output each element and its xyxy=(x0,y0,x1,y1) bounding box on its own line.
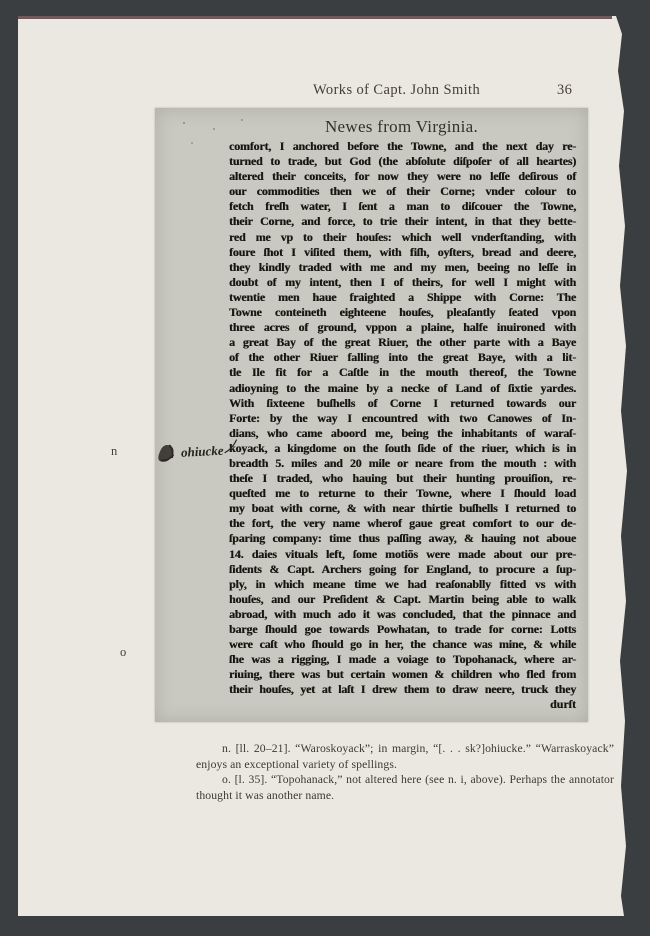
facsimile-text-line: dians, who came aboord me, being the inh… xyxy=(229,426,576,441)
footnotes: n. [ll. 20–21]. “Waroskoyack”; in margin… xyxy=(196,741,614,803)
facsimile-text-line: ſhe was a rigging, I made a voiage to To… xyxy=(229,652,576,667)
facsimile-text-line: koyack, a kingdome on the ſouth ſide of … xyxy=(229,441,576,456)
facsimile-text-line: barge ſhould goe towards Powhatan, to tr… xyxy=(229,622,576,637)
margin-marker-o: o xyxy=(120,645,126,660)
facsimile-text-line: theſe I traded, who hauing but their hun… xyxy=(229,471,576,486)
facsimile-text-line: altered their conceits, for now they wer… xyxy=(229,169,576,184)
facsimile-text-line: tle Ile fit for a Caſtle in the mouth th… xyxy=(229,365,576,380)
facsimile-text-line: of the other Riuer falling into the grea… xyxy=(229,350,576,365)
footnote-text: [ll. 20–21]. “Waroskoyack”; in margin, “… xyxy=(196,742,614,771)
facsimile-body-text: comfort, I anchored before the Towne, an… xyxy=(229,139,576,697)
facsimile-text-line: our commodities then we of their Corne; … xyxy=(229,184,576,199)
page-number: 36 xyxy=(557,82,572,99)
facsimile-text-line: their houſes, yet at laſt I drew them to… xyxy=(229,682,576,697)
facsimile-text-line: their Corne, and force, to trie their in… xyxy=(229,214,576,229)
facsimile-text-line: turned to trade, but God (the abſolute d… xyxy=(229,154,576,169)
facsimile-text-line: they kindly traded with me and my men, b… xyxy=(229,260,576,275)
running-title: Works of Capt. John Smith xyxy=(313,82,480,99)
facsimile-text-line: Towne conteineth eighteene houſes, pleaſ… xyxy=(229,305,576,320)
facsimile-text-line: ſparing company: time thus paſſing away,… xyxy=(229,531,576,546)
facsimile-text-line: ply, in which meane time we had reaſonab… xyxy=(229,577,576,592)
facsimile-text-line: breadth 5. miles and 20 mile or neare fr… xyxy=(229,456,576,471)
footnote: o. [l. 35]. “Topohanack,” not altered he… xyxy=(196,772,614,803)
facsimile-text-line: my boat with corne, & with near thirtie … xyxy=(229,501,576,516)
facsimile-text-line: ſidents & Capt. Archers going for Englan… xyxy=(229,562,576,577)
facsimile-text-line: the fort, the very name wherof gaue grea… xyxy=(229,516,576,531)
footnote-marker: n. xyxy=(222,742,231,755)
facsimile-text-line: fetch freſh water, I ſent a man to diſco… xyxy=(229,199,576,214)
page-top-edge xyxy=(18,16,612,19)
facsimile-text-line: abroad, with much ado it was concluded, … xyxy=(229,607,576,622)
facsimile-text-line: Forte: by the way I encountred with two … xyxy=(229,411,576,426)
facsimile-text-line: 14. daies vituals left, ſome motiõs were… xyxy=(229,547,576,562)
facsimile-text-line: houſes, and our Preſident & Capt. Martin… xyxy=(229,592,576,607)
facsimile-text-line: a great Bay of the great Riuer, the othe… xyxy=(229,335,576,350)
facsimile-text-line: comfort, I anchored before the Towne, an… xyxy=(229,139,576,154)
book-page: Works of Capt. John Smith 36 Newes from … xyxy=(18,16,629,916)
facsimile-text-line: foure ſhot I viſited them, with fiſh, oy… xyxy=(229,245,576,260)
footnote-text: [l. 35]. “Topohanack,” not altered here … xyxy=(196,773,614,802)
facsimile-text-line: twentie men haue fraighted a Shippe with… xyxy=(229,290,576,305)
annotation-text: ohiucke xyxy=(181,443,225,460)
facsimile-text-line: riuing, there was but certain women & ch… xyxy=(229,667,576,682)
handwritten-marginal-annotation: ohiucke xyxy=(154,434,242,470)
footnote-marker: o. xyxy=(222,773,231,786)
facsimile-text-line: were caſt who ſhould go in her, the chan… xyxy=(229,637,576,652)
facsimile-text-line: queſted me to returne to their Towne, wh… xyxy=(229,486,576,501)
footnote: n. [ll. 20–21]. “Waroskoyack”; in margin… xyxy=(196,741,614,772)
catchword: durſt xyxy=(229,697,576,712)
facsimile-text-line: adioyning to the maine by a necke of Lan… xyxy=(229,381,576,396)
handwriting-scrawl-icon: ohiucke xyxy=(154,434,242,470)
margin-marker-n: n xyxy=(111,444,117,459)
facsimile-text-line: three acres of ground, vppon a plaine, h… xyxy=(229,320,576,335)
facsimile-text-line: doubt of my intent, then I of theirs, fo… xyxy=(229,275,576,290)
facsimile-title: Newes from Virginia. xyxy=(155,117,588,137)
facsimile-text-line: With ſixteene buſhells of Corne I return… xyxy=(229,396,576,411)
running-head: Works of Capt. John Smith 36 xyxy=(18,82,629,102)
facsimile-text-line: red me vp to their houſes: which well vn… xyxy=(229,230,576,245)
facsimile-scan: Newes from Virginia. comfort, I anchored… xyxy=(155,108,588,722)
